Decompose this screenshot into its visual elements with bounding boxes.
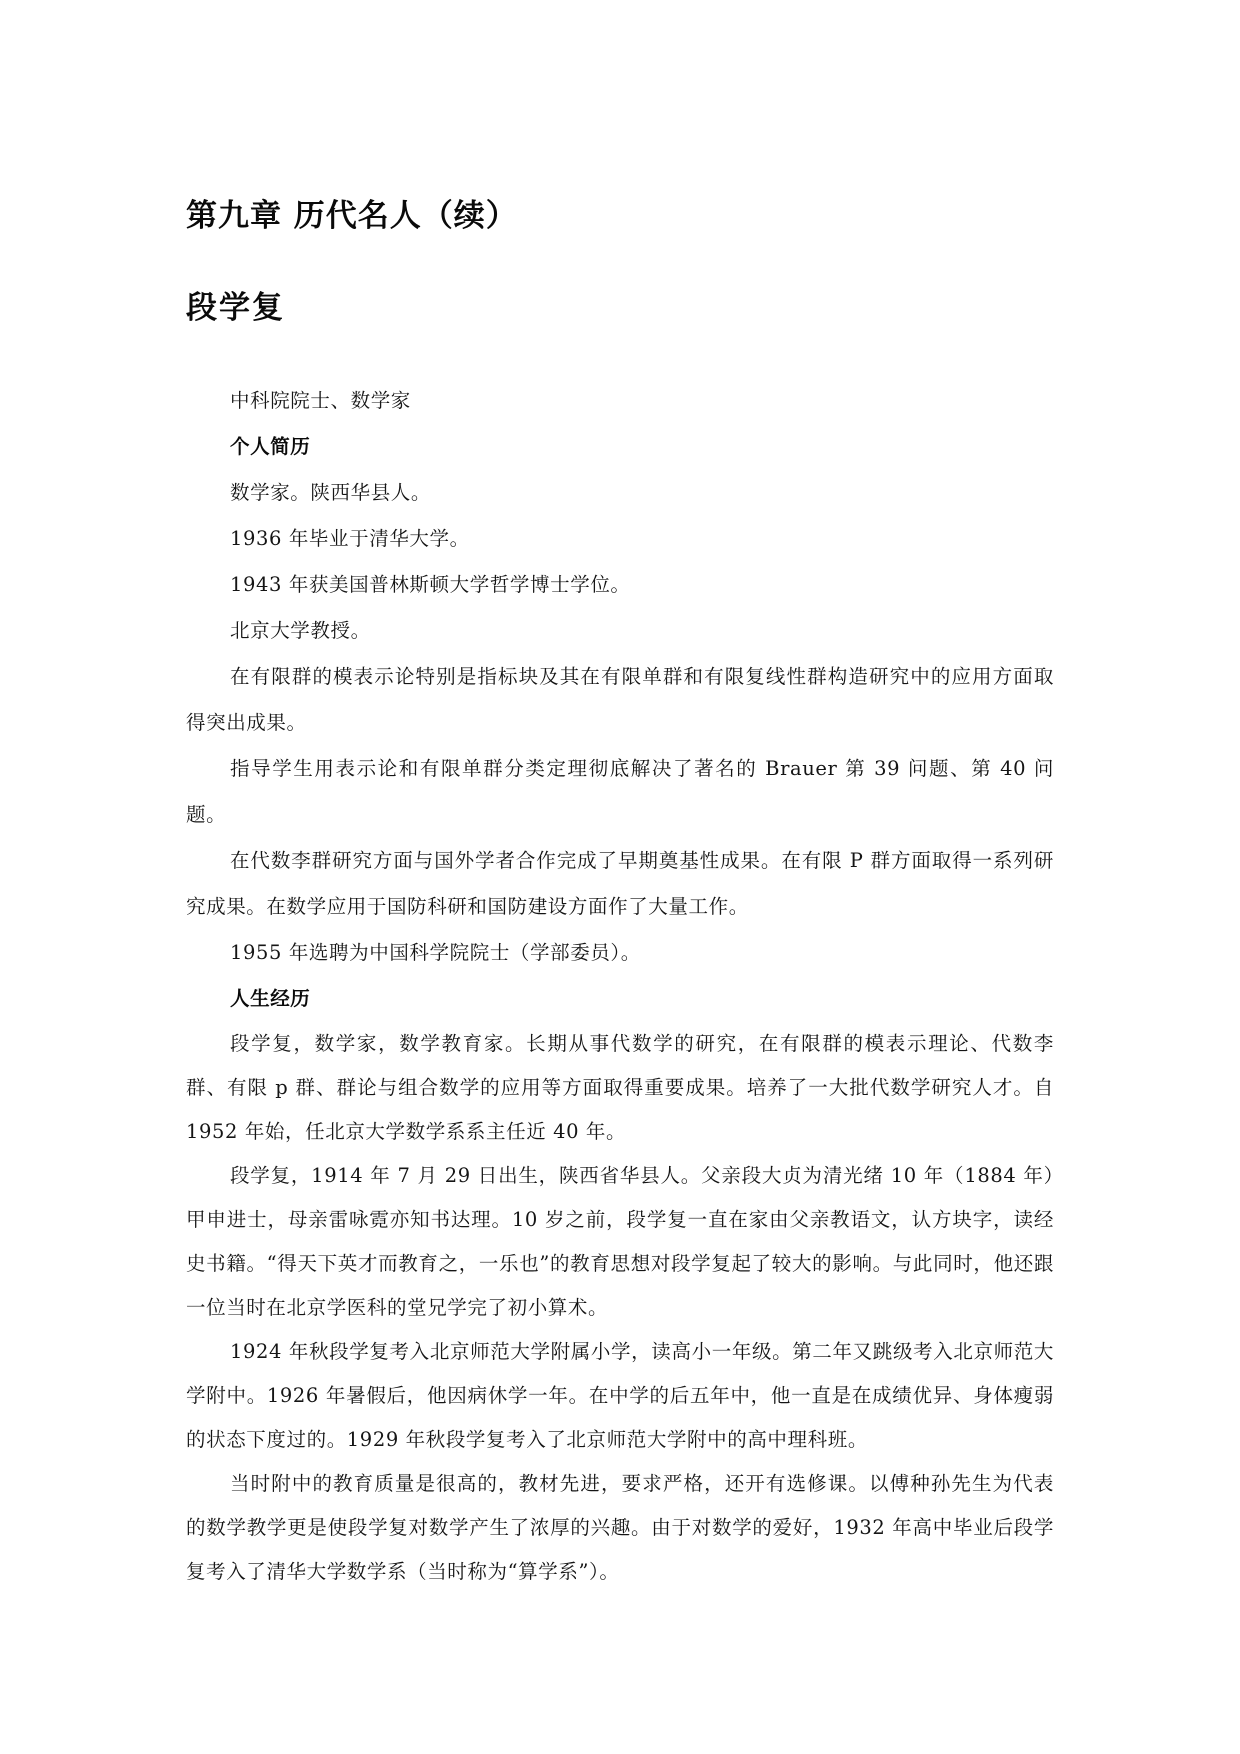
paragraph: 段学复，数学家，数学教育家。长期从事代数学的研究，在有限群的模表示理论、代数李群… bbox=[186, 1022, 1054, 1154]
paragraph: 当时附中的教育质量是很高的，教材先进，要求严格，还开有选修课。以傅种孙先生为代表… bbox=[186, 1462, 1054, 1594]
paragraph: 指导学生用表示论和有限单群分类定理彻底解决了著名的 Brauer 第 39 问题… bbox=[186, 746, 1054, 838]
paragraph: 北京大学教授。 bbox=[186, 608, 1054, 654]
paragraph: 1955 年选聘为中国科学院院士（学部委员）。 bbox=[186, 930, 1054, 976]
paragraph: 段学复，1914 年 7 月 29 日出生，陕西省华县人。父亲段大贞为清光绪 1… bbox=[186, 1154, 1054, 1330]
paragraph: 1936 年毕业于清华大学。 bbox=[186, 516, 1054, 562]
paragraph: 数学家。陕西华县人。 bbox=[186, 470, 1054, 516]
paragraph: 1924 年秋段学复考入北京师范大学附属小学，读高小一年级。第二年又跳级考入北京… bbox=[186, 1330, 1054, 1462]
chapter-title: 第九章 历代名人（续） bbox=[186, 190, 518, 235]
person-name-heading: 段学复 bbox=[186, 282, 285, 327]
subtitle: 中科院院士、数学家 bbox=[186, 378, 1054, 424]
document-body: 中科院院士、数学家 个人简历 数学家。陕西华县人。 1936 年毕业于清华大学。… bbox=[186, 378, 1054, 1594]
paragraph: 在代数李群研究方面与国外学者合作完成了早期奠基性成果。在有限 P 群方面取得一系… bbox=[186, 838, 1054, 930]
section-heading-resume: 个人简历 bbox=[186, 424, 1054, 470]
paragraph: 1943 年获美国普林斯顿大学哲学博士学位。 bbox=[186, 562, 1054, 608]
section-heading-life: 人生经历 bbox=[186, 976, 1054, 1022]
paragraph: 在有限群的模表示论特别是指标块及其在有限单群和有限复线性群构造研究中的应用方面取… bbox=[186, 654, 1054, 746]
